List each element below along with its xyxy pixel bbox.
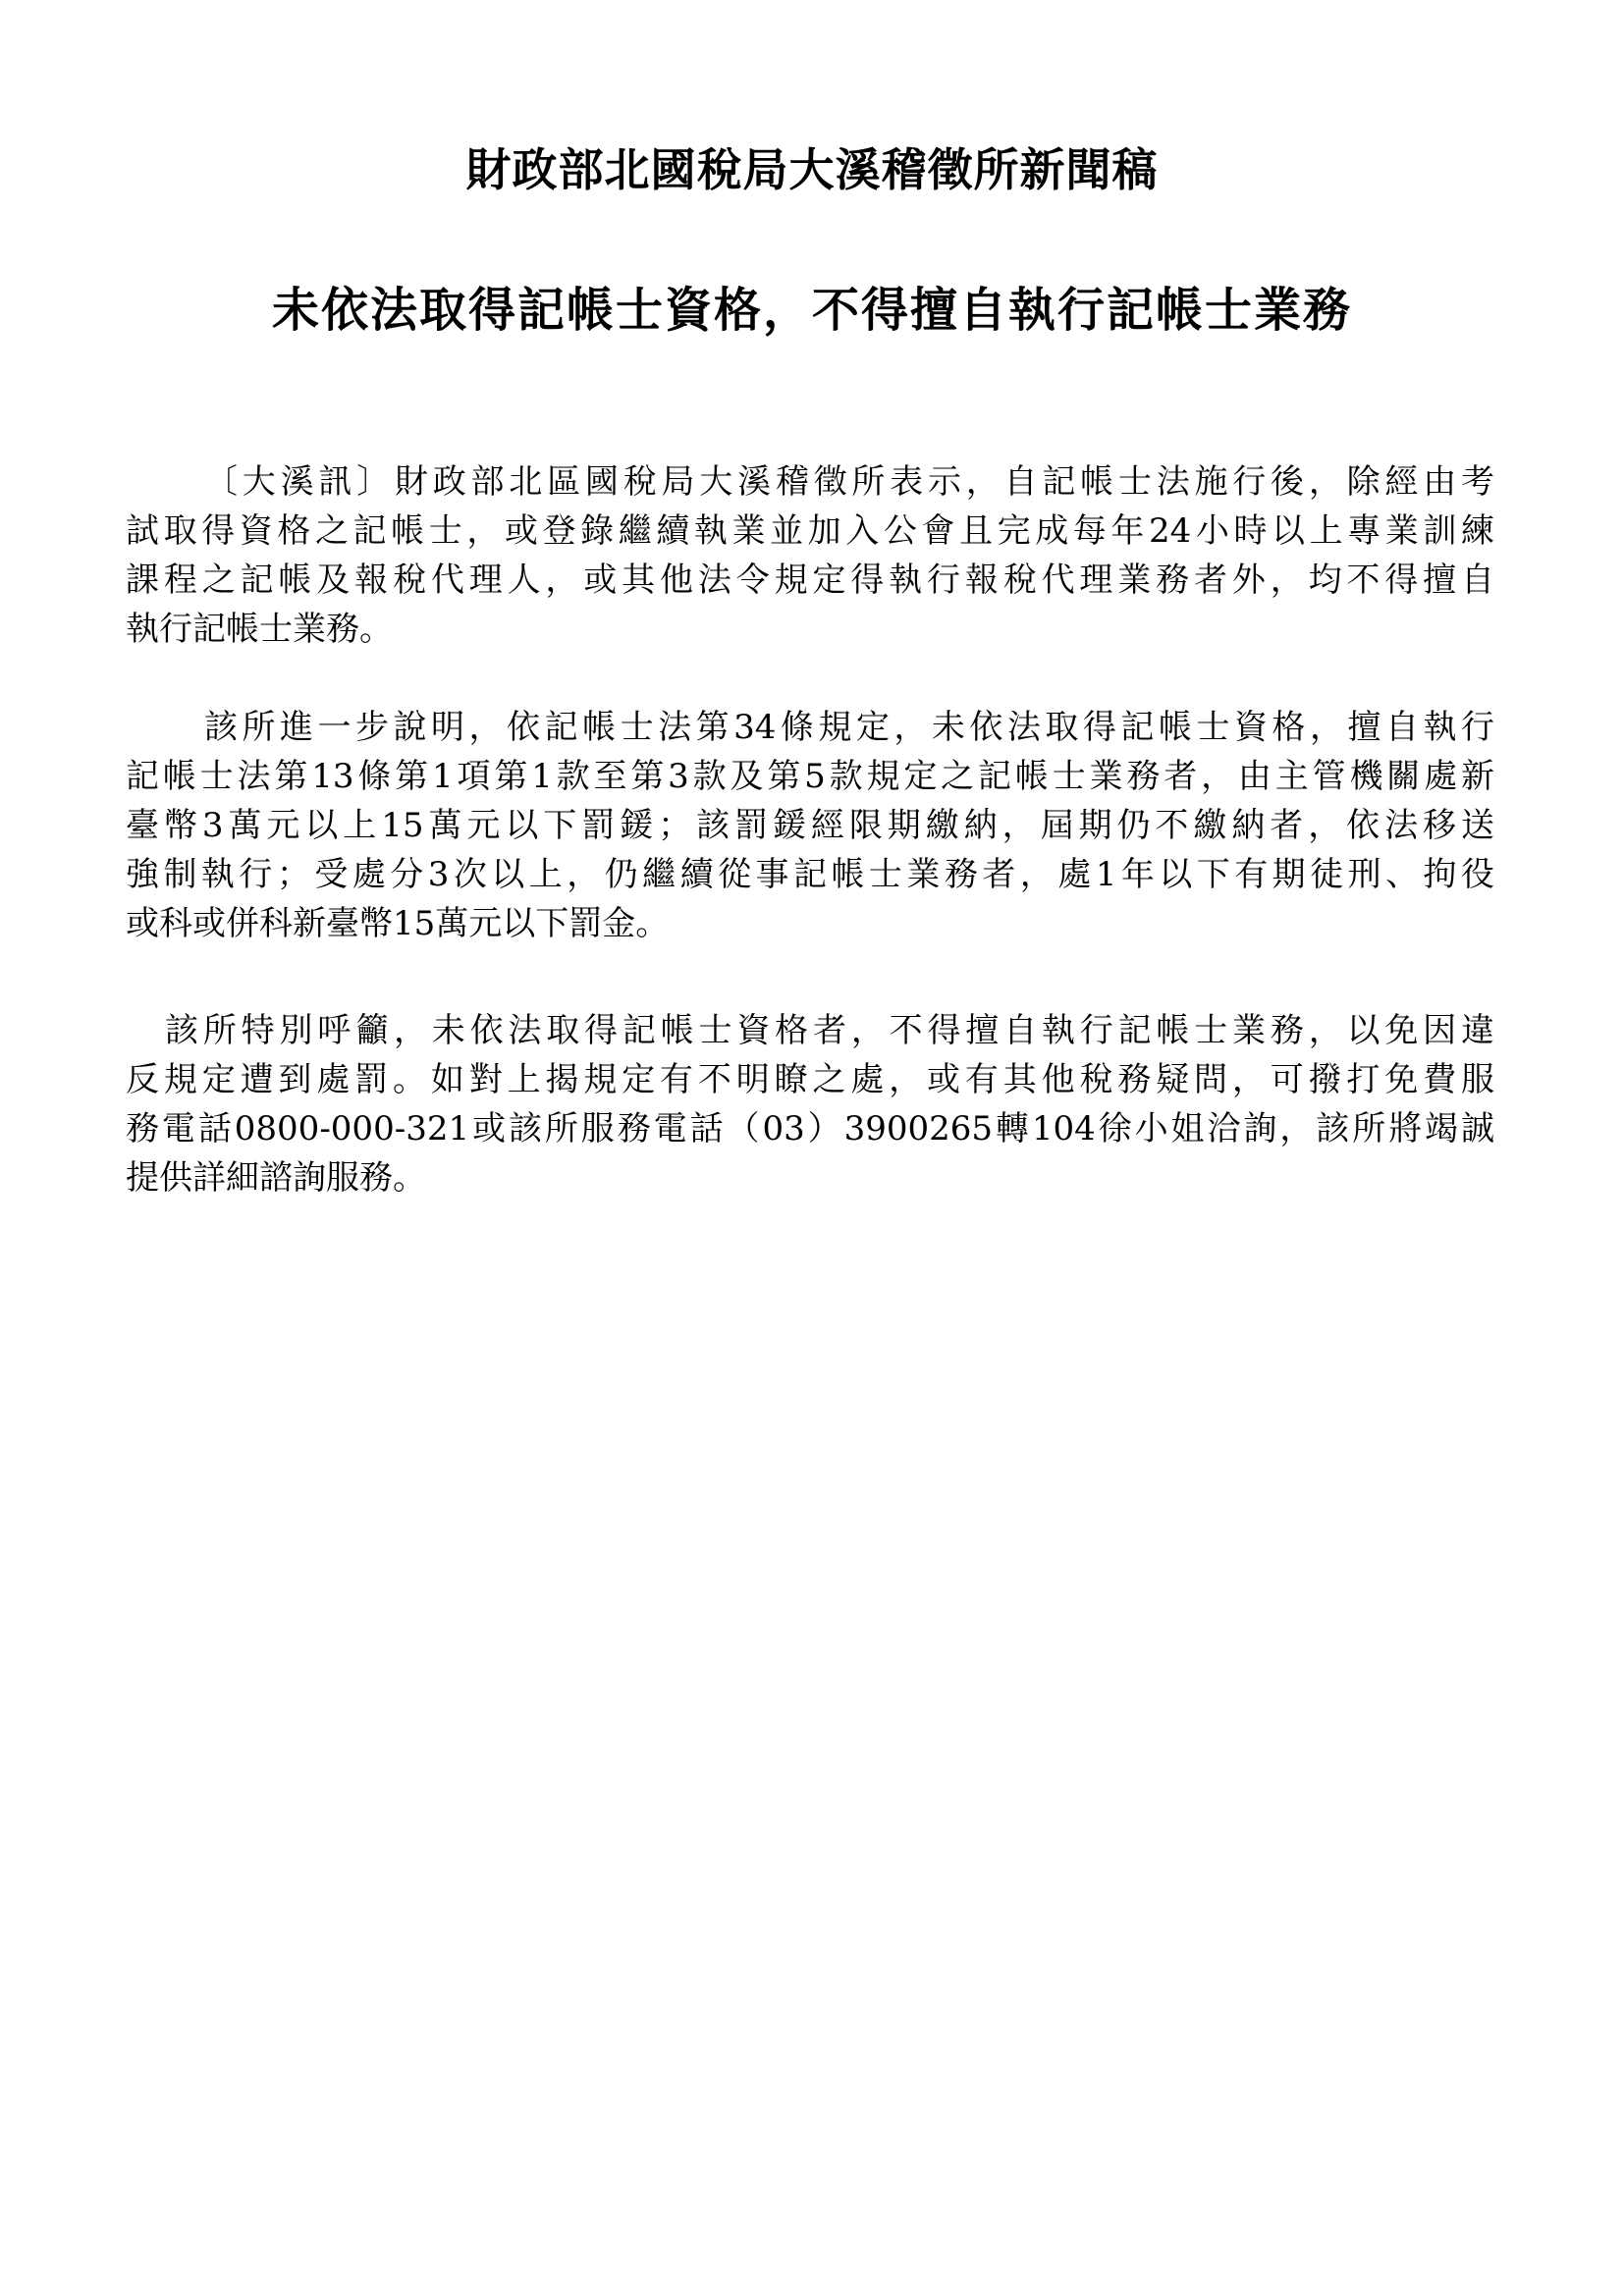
paragraph-line: 該所特別呼籲，未依法取得記帳士資格者，不得擅自執行記帳士業務，以免因違 (126, 1006, 1494, 1055)
paragraph-1: 〔大溪訊〕財政部北區國稅局大溪稽徵所表示，自記帳士法施行後，除經由考 試取得資格… (126, 457, 1500, 654)
press-release-header-title: 財政部北國稅局大溪稽徵所新聞稿 (0, 142, 1624, 197)
paragraph-line: 記帳士法第13條第1項第1款至第3款及第5款規定之記帳士業務者，由主管機關處新 (126, 752, 1494, 801)
paragraph-line: 試取得資格之記帳士，或登錄繼續執業並加入公會且完成每年24小時以上專業訓練 (126, 507, 1494, 556)
paragraph-line: 強制執行；受處分3次以上，仍繼續從事記帳士業務者，處1年以下有期徒刑、拘役 (126, 850, 1494, 899)
paragraph-line: 執行記帳士業務。 (126, 605, 1500, 654)
paragraph-line: 〔大溪訊〕財政部北區國稅局大溪稽徵所表示，自記帳士法施行後，除經由考 (126, 457, 1494, 507)
paragraph-line: 務電話0800-000-321或該所服務電話（03）3900265轉104徐小姐… (126, 1104, 1494, 1153)
paragraph-line: 提供詳細諮詢服務。 (126, 1153, 1500, 1202)
paragraph-line: 反規定遭到處罰。如對上揭規定有不明瞭之處，或有其他稅務疑問，可撥打免費服 (126, 1055, 1494, 1104)
headline: 未依法取得記帳士資格，不得擅自執行記帳士業務 (0, 281, 1624, 340)
paragraph-line: 或科或併科新臺幣15萬元以下罰金。 (126, 899, 1500, 948)
document-page: 財政部北國稅局大溪稽徵所新聞稿 未依法取得記帳士資格，不得擅自執行記帳士業務 〔… (0, 0, 1624, 2296)
paragraph-line: 臺幣3萬元以上15萬元以下罰鍰；該罰鍰經限期繳納，屆期仍不繳納者，依法移送 (126, 801, 1494, 850)
paragraph-line: 課程之記帳及報稅代理人，或其他法令規定得執行報稅代理業務者外，均不得擅自 (126, 556, 1494, 605)
paragraph-line: 該所進一步說明，依記帳士法第34條規定，未依法取得記帳士資格，擅自執行 (126, 703, 1494, 752)
paragraph-2: 該所進一步說明，依記帳士法第34條規定，未依法取得記帳士資格，擅自執行 記帳士法… (126, 703, 1500, 948)
paragraph-3: 該所特別呼籲，未依法取得記帳士資格者，不得擅自執行記帳士業務，以免因違 反規定遭… (126, 1006, 1500, 1202)
